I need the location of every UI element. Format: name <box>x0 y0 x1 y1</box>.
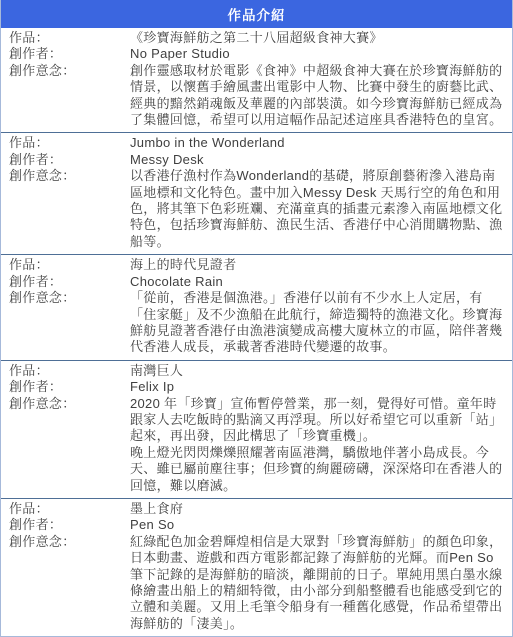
work-title: 《珍寶海鮮舫之第二十八屆超級食神大賽》 <box>130 30 506 46</box>
work-label: 作品： <box>9 501 130 517</box>
work-label: 作品： <box>9 257 130 273</box>
creator-label: 創作者： <box>9 379 130 395</box>
creator-label: 創作者： <box>9 517 130 533</box>
concept-paragraph: 紅綠配色加金碧輝煌相信是大眾對「珍寶海鮮舫」的顏色印象，日本動畫、遊戲和西方電影… <box>130 534 506 632</box>
work-label: 作品： <box>9 363 130 379</box>
concept-text: 紅綠配色加金碧輝煌相信是大眾對「珍寶海鮮舫」的顏色印象，日本動畫、遊戲和西方電影… <box>130 534 506 632</box>
creator-name: Chocolate Rain <box>130 274 506 290</box>
work-title: 墨上食府 <box>130 501 506 517</box>
creator-label: 創作者： <box>9 152 130 168</box>
concept-label: 創作意念： <box>9 396 130 494</box>
creator-name: Felix Ip <box>130 379 506 395</box>
work-title: 南灣巨人 <box>130 363 506 379</box>
table-title: 作品介紹 <box>1 0 512 28</box>
concept-label: 創作意念： <box>9 290 130 356</box>
concept-text: 創作靈感取材於電影《食神》中超級食神大賽在於珍寶海鮮舫的情景，以懷舊手繪風畫出電… <box>130 63 506 129</box>
work-title: Jumbo in the Wonderland <box>130 135 506 151</box>
concept-paragraph: 「從前，香港是個漁港。」香港仔以前有不少水上人定居，有「住家艇」及不少漁船在此航… <box>130 290 506 356</box>
creator-label: 創作者： <box>9 46 130 62</box>
creator-name: Pen So <box>130 517 506 533</box>
works-intro-table: 作品介紹 作品： 《珍寶海鮮舫之第二十八屆超級食神大賽》 創作者： No Pap… <box>0 0 513 637</box>
work-section: 作品： 海上的時代見證者 創作者： Chocolate Rain 創作意念： 「… <box>1 254 512 359</box>
concept-paragraph: 2020 年「珍寶」宣佈暫停營業，那一刻，覺得好可惜。童年時跟家人去吃飯時的點滴… <box>130 396 506 445</box>
sections: 作品： 《珍寶海鮮舫之第二十八屆超級食神大賽》 創作者： No Paper St… <box>1 28 512 636</box>
work-label: 作品： <box>9 30 130 46</box>
concept-text: 「從前，香港是個漁港。」香港仔以前有不少水上人定居，有「住家艇」及不少漁船在此航… <box>130 290 506 356</box>
concept-paragraph: 創作靈感取材於電影《食神》中超級食神大賽在於珍寶海鮮舫的情景，以懷舊手繪風畫出電… <box>130 63 506 129</box>
concept-paragraph: 晚上燈光閃閃爍爍照耀著南區港灣，驕傲地伴著小島成長。今天、雖已屬前塵往事；但珍寶… <box>130 445 506 494</box>
work-section: 作品： 《珍寶海鮮舫之第二十八屆超級食神大賽》 創作者： No Paper St… <box>1 28 512 132</box>
concept-text: 2020 年「珍寶」宣佈暫停營業，那一刻，覺得好可惜。童年時跟家人去吃飯時的點滴… <box>130 396 506 494</box>
work-label: 作品： <box>9 135 130 151</box>
concept-label: 創作意念： <box>9 534 130 632</box>
concept-label: 創作意念： <box>9 168 130 250</box>
creator-name: Messy Desk <box>130 152 506 168</box>
work-section: 作品： 墨上食府 創作者： Pen So 創作意念： 紅綠配色加金碧輝煌相信是大… <box>1 498 512 636</box>
concept-label: 創作意念： <box>9 63 130 129</box>
work-section: 作品： Jumbo in the Wonderland 創作者： Messy D… <box>1 132 512 254</box>
concept-text: 以香港仔漁村作為Wonderland的基礎，將原創藝術滲入港島南區地標和文化特色… <box>130 168 506 250</box>
creator-label: 創作者： <box>9 274 130 290</box>
work-title: 海上的時代見證者 <box>130 257 506 273</box>
concept-paragraph: 以香港仔漁村作為Wonderland的基礎，將原創藝術滲入港島南區地標和文化特色… <box>130 168 506 250</box>
work-section: 作品： 南灣巨人 創作者： Felix Ip 創作意念： 2020 年「珍寶」宣… <box>1 360 512 498</box>
creator-name: No Paper Studio <box>130 46 506 62</box>
